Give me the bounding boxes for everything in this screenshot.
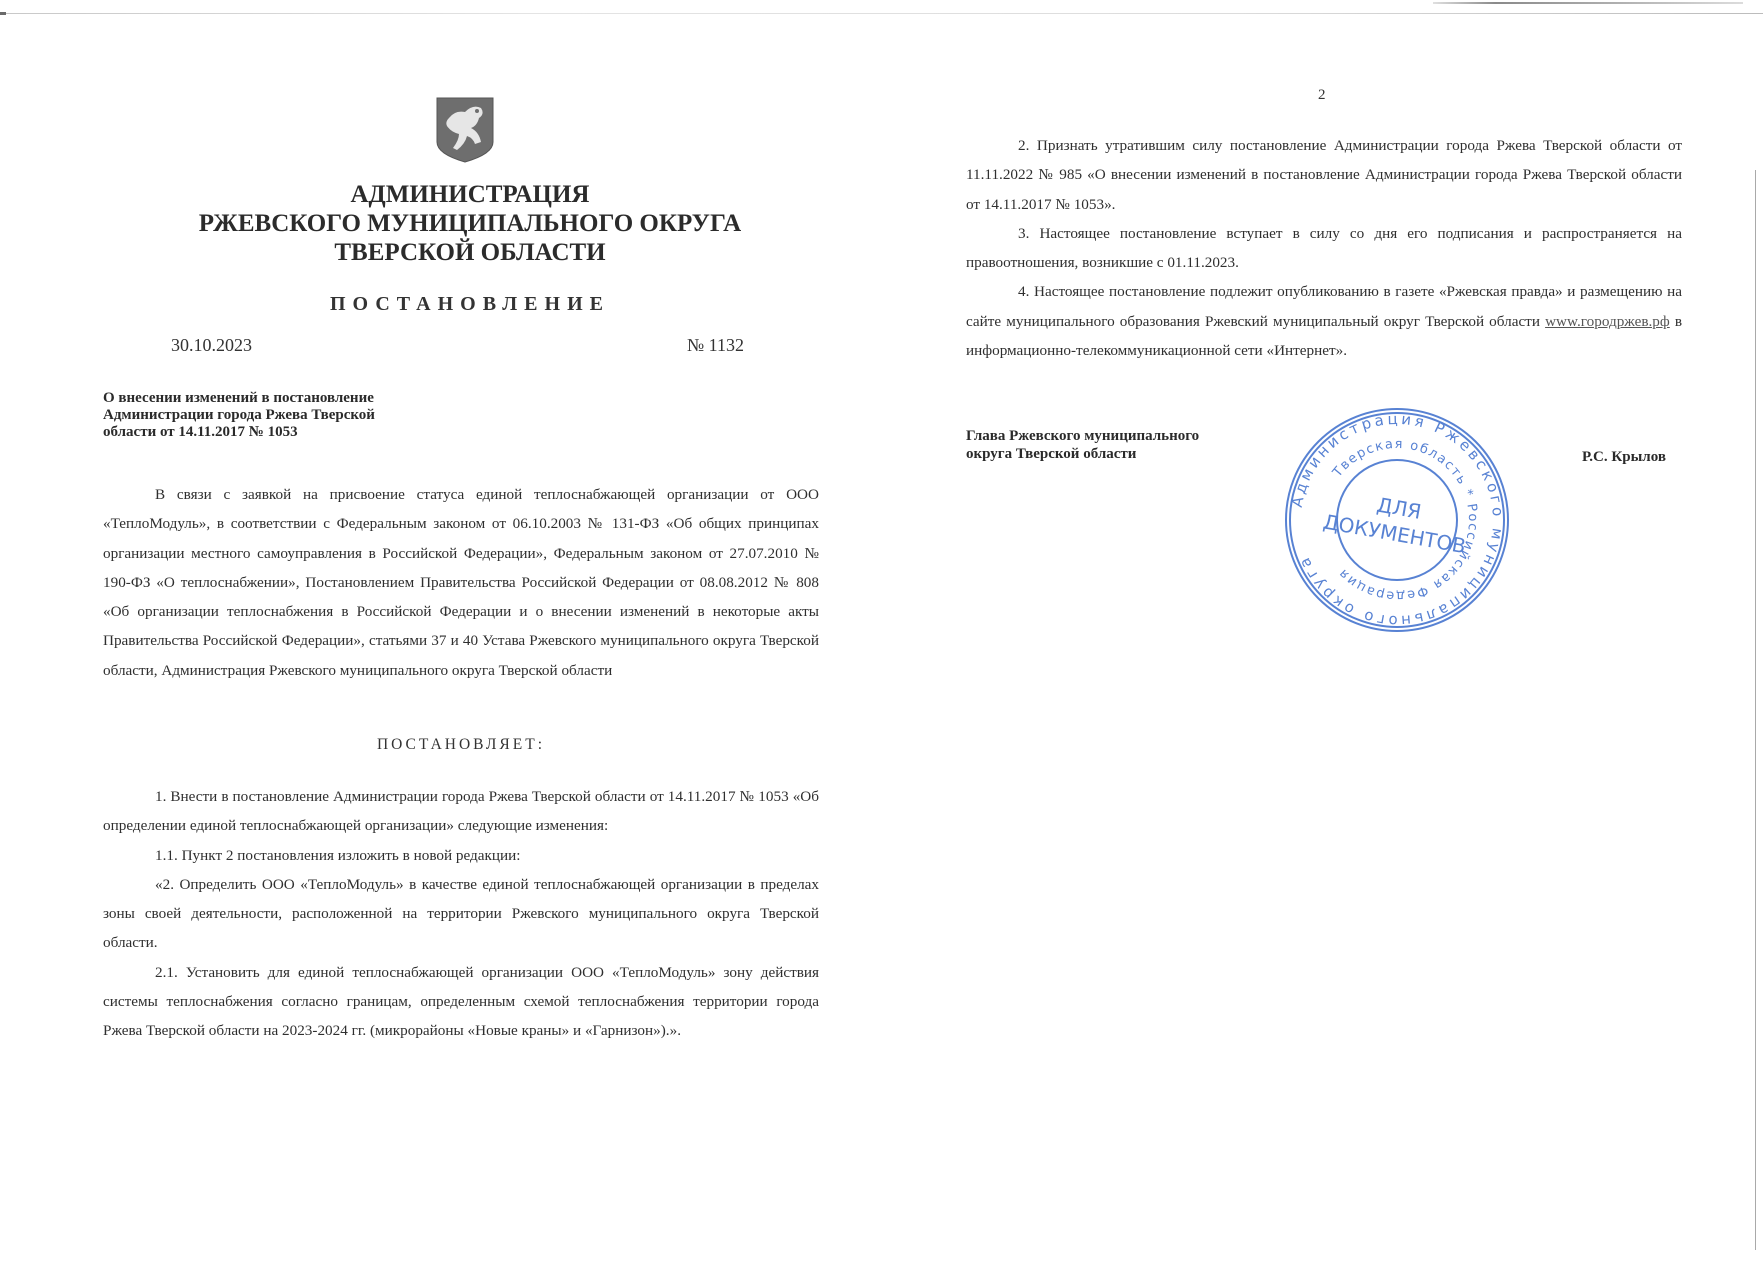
org-title-line: АДМИНИСТРАЦИЯ (120, 180, 820, 209)
document-type: ПОСТАНОВЛЕНИЕ (120, 293, 820, 316)
signer-position-line: округа Тверской области (966, 445, 1266, 463)
subject-line: Администрации города Ржева Тверской (103, 407, 483, 424)
preamble: В связи с заявкой на присвоение статуса … (103, 480, 819, 685)
official-stamp-icon: Администрация Ржевского муниципального о… (1282, 405, 1512, 635)
decree-items-continued: 2. Признать утратившим силу постановлени… (966, 131, 1682, 365)
coat-of-arms-lion-icon (435, 96, 495, 164)
decree-item: 4. Настоящее постановление подлежит опуб… (966, 277, 1682, 365)
decree-item: «2. Определить ООО «ТеплоМодуль» в качес… (103, 870, 819, 958)
subject-line: О внесении изменений в постановление (103, 390, 483, 407)
signer-position-line: Глава Ржевского муниципального (966, 427, 1266, 445)
organization-title: АДМИНИСТРАЦИЯ РЖЕВСКОГО МУНИЦИПАЛЬНОГО О… (120, 180, 820, 267)
decree-item: 3. Настоящее постановление вступает в си… (966, 219, 1682, 278)
decree-item: 2. Признать утратившим силу постановлени… (966, 131, 1682, 219)
page-number: 2 (1318, 87, 1326, 104)
document-number: № 1132 (687, 335, 744, 356)
decree-items: 1. Внести в постановление Администрации … (103, 782, 819, 1046)
signer-name: Р.С. Крылов (1582, 449, 1666, 466)
document-subject: О внесении изменений в постановление Адм… (103, 390, 483, 441)
subject-line: области от 14.11.2017 № 1053 (103, 424, 483, 441)
website-link[interactable]: www.городржев.рф (1545, 313, 1670, 330)
org-title-line: ТВЕРСКОЙ ОБЛАСТИ (120, 238, 820, 267)
org-title-line: РЖЕВСКОГО МУНИЦИПАЛЬНОГО ОКРУГА (120, 209, 820, 238)
signer-position: Глава Ржевского муниципального округа Тв… (966, 427, 1266, 463)
document-date: 30.10.2023 (171, 335, 252, 356)
decree-item: 1.1. Пункт 2 постановления изложить в но… (103, 841, 819, 870)
preamble-paragraph: В связи с заявкой на присвоение статуса … (103, 480, 819, 685)
decree-item: 1. Внести в постановление Администрации … (103, 782, 819, 841)
page-1: АДМИНИСТРАЦИЯ РЖЕВСКОГО МУНИЦИПАЛЬНОГО О… (0, 0, 880, 1282)
decree-heading: ПОСТАНОВЛЯЕТ: (103, 736, 819, 754)
decree-item: 2.1. Установить для единой теплоснабжающ… (103, 958, 819, 1046)
